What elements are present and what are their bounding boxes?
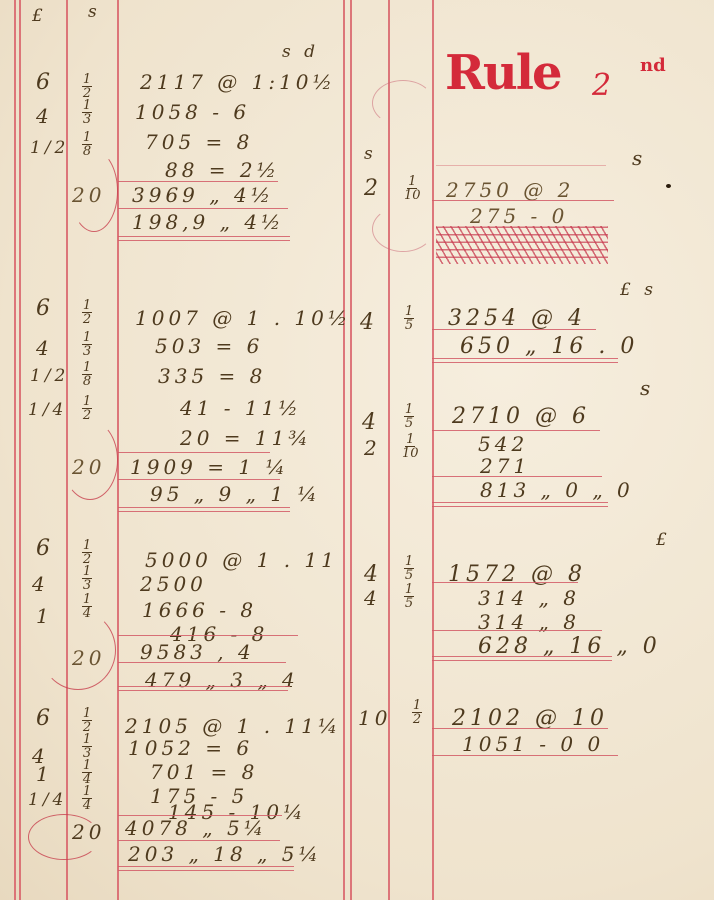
aliquot: 1 xyxy=(36,762,53,786)
fraction: 12 xyxy=(82,708,92,733)
result-rule xyxy=(432,502,608,503)
fraction: 15 xyxy=(404,584,414,609)
unit-top: £ xyxy=(656,530,671,550)
unit-top: s xyxy=(640,376,654,400)
flourish-loop xyxy=(372,80,434,126)
result-rule xyxy=(432,660,612,661)
fraction: 13 xyxy=(82,100,92,125)
fraction: 13 xyxy=(82,566,92,591)
sum-rule xyxy=(118,635,298,636)
result: 813 „ 0 „ 0 xyxy=(480,478,634,502)
aliquot: 1/4 xyxy=(28,400,67,420)
calc-line: 3254 @ 4 xyxy=(448,306,586,331)
calc-line: 1007 @ 1 . 10½ xyxy=(135,306,351,330)
fraction: 14 xyxy=(82,786,92,811)
sum-total: 4078 „ 5¼ xyxy=(125,816,267,840)
fraction: 14 xyxy=(82,760,92,785)
result-rule xyxy=(118,507,290,508)
calc-line: 41 - 11½ xyxy=(180,396,302,420)
page-title-number: 2 xyxy=(592,68,611,103)
column-rule-3 xyxy=(343,0,345,900)
fraction: 13 xyxy=(82,332,92,357)
bracket-loop xyxy=(28,814,100,860)
result: 1051 - 0 0 xyxy=(462,732,604,756)
ink-blot xyxy=(666,184,671,188)
page-title-ordinal: nd xyxy=(640,55,666,76)
sum-total: 3969 „ 4½ xyxy=(132,183,274,207)
calc-line: 271 xyxy=(480,454,530,478)
sum-rule xyxy=(118,452,270,453)
fraction: 15 xyxy=(404,556,414,581)
fraction: 15 xyxy=(404,306,414,331)
header-pounds: £ xyxy=(32,6,47,26)
result: 95 „ 9 „ 1 ¼ xyxy=(150,482,321,506)
fraction: 15 xyxy=(404,404,414,429)
sum-rule xyxy=(118,479,280,480)
aliquot: 1/4 xyxy=(28,790,67,810)
sum-rule xyxy=(432,582,578,583)
fraction: 110 xyxy=(402,434,419,459)
bracket-loop xyxy=(70,150,118,232)
result-rule xyxy=(118,240,290,241)
unit-label: s xyxy=(364,144,377,164)
sum-total: 9583 , 4 xyxy=(140,640,255,664)
fraction: 18 xyxy=(82,362,92,387)
sum-rule xyxy=(118,662,286,663)
calc-line: 335 = 8 xyxy=(158,364,266,388)
unit-top: £ s xyxy=(620,280,657,300)
fraction: 12 xyxy=(82,540,92,565)
aliquot: 4 xyxy=(364,586,381,610)
header-sd: s d xyxy=(282,42,319,62)
result-rule xyxy=(432,506,608,507)
guide-rule xyxy=(436,165,606,166)
aliquot: 4 xyxy=(36,336,53,360)
aliquot: 10 xyxy=(358,706,391,730)
calc-line: 20 = 11¾ xyxy=(180,426,312,450)
result-rule xyxy=(118,866,294,867)
sum-rule xyxy=(432,329,596,330)
unit-top: s xyxy=(632,146,646,170)
calc-line: 503 = 6 xyxy=(155,334,263,358)
calc-line: 2710 @ 6 xyxy=(452,404,590,429)
sum-total: 1909 = 1 ¼ xyxy=(130,455,289,479)
aliquot: 6 xyxy=(36,296,54,321)
result-rule xyxy=(432,358,618,359)
calc-line: 1058 - 6 xyxy=(135,100,250,124)
header-shillings: s xyxy=(88,2,101,22)
calc-line: 2750 @ 2 xyxy=(446,178,574,202)
calc-line: 1052 = 6 xyxy=(128,736,253,760)
result-rule xyxy=(118,511,290,512)
sum-rule xyxy=(432,728,608,729)
margin-rule-left-inner xyxy=(19,0,21,900)
cancelled-hatching xyxy=(436,226,608,264)
calc-line: 88 = 2½ xyxy=(165,158,280,182)
result: 479 „ 3 „ 4 xyxy=(145,668,299,692)
aliquot: 2 xyxy=(364,176,382,201)
calc-line: 314 „ 8 xyxy=(478,586,580,610)
result-rule xyxy=(432,755,618,756)
calc-line: 2105 @ 1 . 11¼ xyxy=(125,714,341,738)
calc-line: 2500 xyxy=(140,572,207,596)
result: 275 - 0 xyxy=(470,204,568,228)
result-rule xyxy=(118,686,290,687)
aliquot: 6 xyxy=(36,706,54,731)
column-rule-4 xyxy=(350,0,352,900)
calc-line: 2117 @ 1:10½ xyxy=(140,70,336,94)
calc-line: 5000 @ 1 . 11 xyxy=(145,548,338,572)
result-rule xyxy=(118,236,290,237)
result: 203 „ 18 „ 5¼ xyxy=(128,842,322,866)
bracket-loop xyxy=(40,610,116,690)
result-rule xyxy=(432,362,618,363)
aliquot: 4 xyxy=(360,310,378,335)
margin-rule-left-outer xyxy=(14,0,16,900)
flourish-loop xyxy=(372,206,434,252)
page-title: Rule xyxy=(445,45,561,101)
aliquot: 6 xyxy=(36,536,54,561)
sum-rule xyxy=(432,200,614,201)
fraction: 13 xyxy=(82,734,92,759)
aliquot: 4 xyxy=(36,104,53,128)
fraction: 12 xyxy=(412,700,422,725)
result-rule xyxy=(118,690,288,691)
aliquot: 4 xyxy=(32,572,49,596)
fraction: 12 xyxy=(82,396,92,421)
fraction: 12 xyxy=(82,74,92,99)
result: 650 „ 16 . 0 xyxy=(460,334,638,359)
result: 198,9 „ 4½ xyxy=(132,210,284,234)
aliquot: 4 xyxy=(364,562,382,587)
aliquot: 4 xyxy=(362,410,380,435)
fraction: 110 xyxy=(404,176,421,201)
result-rule xyxy=(118,870,294,871)
sum-rule xyxy=(432,630,602,631)
calc-line: 542 xyxy=(478,432,528,456)
aliquot: 1/2 xyxy=(30,366,69,386)
calc-line: 701 = 8 xyxy=(150,760,258,784)
aliquot: 6 xyxy=(36,70,54,95)
fraction: 12 xyxy=(82,300,92,325)
calc-line: 1666 - 8 xyxy=(142,598,257,622)
column-rule-6 xyxy=(432,0,434,900)
aliquot: 1/2 xyxy=(30,138,69,158)
calc-line: 705 = 8 xyxy=(145,130,253,154)
aliquot: 2 xyxy=(364,436,381,460)
bracket-loop xyxy=(62,420,118,500)
result-rule xyxy=(432,656,612,657)
column-rule-5 xyxy=(388,0,390,900)
